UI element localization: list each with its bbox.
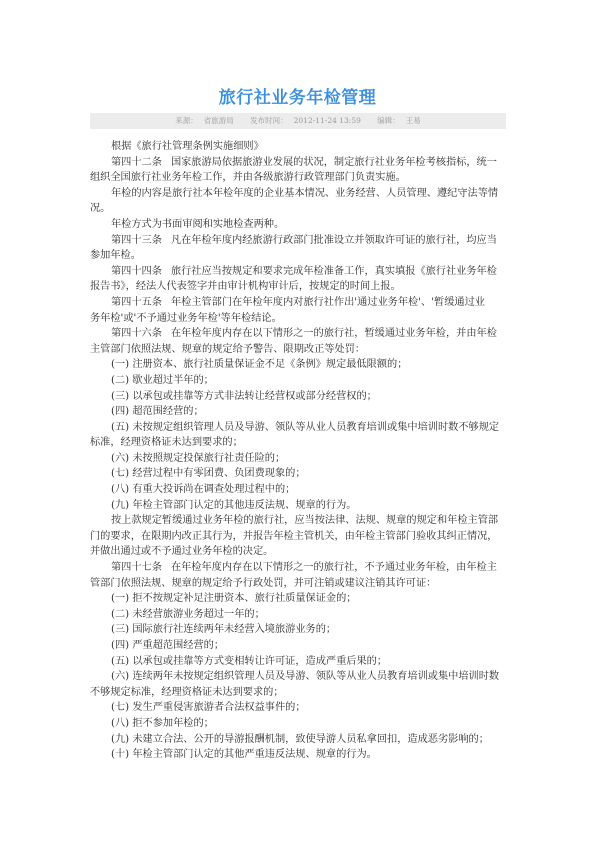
line-text: 并做出通过或不予通过业务年检的决定。: [90, 546, 273, 557]
line-text: (八) 有重大投诉尚在调查处理过程中的；: [111, 484, 295, 495]
line-text: (三) 以承包或挂靠等方式非法转让经营权或部分经营权的；: [111, 391, 377, 402]
line-text: (七) 发生严重侵害旅游者合法权益事件的；: [111, 702, 306, 713]
line-text: 主管部门依照法规、规章的规定给予警告、限期改正等处罚：: [90, 344, 365, 355]
text-line: (七) 发生严重侵害旅游者合法权益事件的；: [90, 700, 506, 716]
text-line: (八) 有重大投诉尚在调查处理过程中的；: [90, 482, 506, 498]
text-line: 门的要求，在限期内改正其行为，并报告年检主管机关，由年检主管部门验收其纠正情况，: [90, 529, 506, 545]
text-line: 按上款规定暂缓通过业务年检的旅行社，应当按法律、法规、规章的规定和年检主管部: [90, 513, 506, 529]
text-line: 务年检'或'不予通过业务年检'等年检结论。: [90, 311, 506, 327]
line-text: (四) 严重超范围经营的；: [111, 640, 224, 651]
article-number: 第四十七条: [111, 562, 162, 573]
meta-source-label: 来源：: [175, 116, 198, 125]
text-line: 第四十四条旅行社应当按规定和要求完成年检准备工作，真实填报《旅行社业务年检: [90, 264, 506, 280]
line-text: 旅行社应当按规定和要求完成年检准备工作，真实填报《旅行社业务年检: [171, 266, 497, 277]
meta-source-value: 省旅游局: [204, 116, 234, 125]
text-line: (七) 经营过程中有零团费、负团费现象的；: [90, 466, 506, 482]
line-text: 况。: [90, 203, 110, 214]
article-number: 第四十二条: [111, 157, 162, 168]
text-line: 参加年检。: [90, 248, 506, 264]
text-line: (四) 严重超范围经营的；: [90, 638, 506, 654]
line-text: 根据《旅行社管理条例实施细则》: [111, 141, 264, 152]
text-line: (五) 以承包或挂靠等方式变相转让许可证，造成严重后果的；: [90, 654, 506, 670]
line-text: (九) 未建立合法、公开的导游报酬机制，致使导游人员私拿回扣，造成恶劣影响的；: [111, 734, 489, 745]
text-line: 并做出通过或不予通过业务年检的决定。: [90, 544, 506, 560]
article-number: 第四十四条: [111, 266, 162, 277]
text-line: (八) 拒不参加年检的；: [90, 716, 506, 732]
text-line: (三) 以承包或挂靠等方式非法转让经营权或部分经营权的；: [90, 389, 506, 405]
text-line: (三) 国际旅行社连续两年未经营入境旅游业务的；: [90, 622, 506, 638]
line-text: (六) 未按照规定投保旅行社责任险的；: [111, 453, 285, 464]
text-line: 年检的内容是旅行社本年检年度的企业基本情况、业务经营、人员管理、遵纪守法等情: [90, 186, 506, 202]
line-text: (五) 未按规定组织管理人员及导游、领队等从业人员教育培训或集中培训时数不够规定: [111, 422, 499, 433]
text-line: 第四十七条在年检年度内存在以下情形之一的旅行社，不予通过业务年检，由年检主: [90, 560, 506, 576]
line-text: (十) 年检主管部门认定的其他严重违反法规、规章的行为。: [111, 749, 377, 760]
line-text: 不够规定标准，经理资格证未达到要求的；: [90, 687, 284, 698]
line-text: 组织全国旅行社业务年检工作，并由各级旅游行政管理部门负责实施。: [90, 172, 406, 183]
line-text: 在年检年度内存在以下情形之一的旅行社，不予通过业务年检，由年检主: [171, 562, 497, 573]
line-text: 国家旅游局依据旅游业发展的状况，制定旅行社业务年检考核指标，统一: [171, 157, 497, 168]
line-text: (四) 超范围经营的；: [111, 406, 204, 417]
line-text: (二) 未经营旅游业务超过一年的；: [111, 609, 265, 620]
text-line: 组织全国旅行社业务年检工作，并由各级旅游行政管理部门负责实施。: [90, 170, 506, 186]
text-line: 不够规定标准，经理资格证未达到要求的；: [90, 685, 506, 701]
line-text: 凡在年检年度内经旅游行政部门批准设立并领取许可证的旅行社，均应当: [171, 235, 497, 246]
line-text: (一) 注册资本、旅行社质量保证金不足《条例》规定最低限额的；: [111, 359, 407, 370]
article-number: 第四十五条: [111, 297, 162, 308]
meta-editor: 编辑：王易: [377, 113, 421, 129]
line-text: 在年检年度内存在以下情形之一的旅行社，暂缓通过业务年检，并由年检: [171, 328, 497, 339]
text-line: 第四十五条年检主管部门在年检年度内对旅行社作出'通过业务年检'、'暂缓通过业: [90, 295, 506, 311]
text-line: (一) 注册资本、旅行社质量保证金不足《条例》规定最低限额的；: [90, 357, 506, 373]
line-text: (六) 连续两年未按规定组织管理人员及导游、领队等从业人员教育培训或集中培训时数: [111, 671, 499, 682]
meta-published-value: 2012-11-24 13:59: [294, 116, 361, 125]
line-text: (七) 经营过程中有零团费、负团费现象的；: [111, 468, 306, 479]
text-line: 管部门依照法规、规章的规定给予行政处罚，并可注销或建议注销其许可证：: [90, 576, 506, 592]
article-number: 第四十六条: [111, 328, 162, 339]
text-line: (五) 未按规定组织管理人员及导游、领队等从业人员教育培训或集中培训时数不够规定: [90, 420, 506, 436]
meta-published: 发布时间：2012-11-24 13:59: [250, 113, 361, 129]
page-title: 旅行社业务年检管理: [0, 87, 595, 109]
meta-source: 来源：省旅游局: [175, 113, 234, 129]
line-text: 标准，经理资格证未达到要求的；: [90, 437, 243, 448]
text-line: 第四十六条在年检年度内存在以下情形之一的旅行社，暂缓通过业务年检，并由年检: [90, 326, 506, 342]
line-text: 参加年检。: [90, 250, 141, 261]
line-text: 年检的内容是旅行社本年检年度的企业基本情况、业务经营、人员管理、遵纪守法等情: [111, 188, 498, 199]
text-line: (一) 拒不按规定补足注册资本、旅行社质量保证金的；: [90, 591, 506, 607]
text-line: 第四十二条国家旅游局依据旅游业发展的状况，制定旅行社业务年检考核指标，统一: [90, 155, 506, 171]
text-line: (六) 未按照规定投保旅行社责任险的；: [90, 451, 506, 467]
text-line: 根据《旅行社管理条例实施细则》: [90, 139, 506, 155]
document-page: 旅行社业务年检管理 来源：省旅游局 发布时间：2012-11-24 13:59 …: [0, 0, 595, 842]
article-number: 第四十三条: [111, 235, 162, 246]
line-text: 管部门依照法规、规章的规定给予行政处罚，并可注销或建议注销其许可证：: [90, 578, 436, 589]
line-text: (三) 国际旅行社连续两年未经营入境旅游业务的；: [111, 624, 336, 635]
text-line: (十) 年检主管部门认定的其他严重违反法规、规章的行为。: [90, 747, 506, 763]
meta-editor-value: 王易: [406, 116, 421, 125]
text-line: (二) 未经营旅游业务超过一年的；: [90, 607, 506, 623]
article-meta-bar: 来源：省旅游局 发布时间：2012-11-24 13:59 编辑：王易: [90, 113, 506, 129]
text-line: (四) 超范围经营的；: [90, 404, 506, 420]
meta-editor-label: 编辑：: [377, 116, 400, 125]
line-text: 按上款规定暂缓通过业务年检的旅行社，应当按法律、法规、规章的规定和年检主管部: [111, 515, 498, 526]
line-text: 门的要求，在限期内改正其行为，并报告年检主管机关，由年检主管部门验收其纠正情况，: [90, 531, 498, 542]
text-line: 况。: [90, 201, 506, 217]
line-text: 报告书》，经法人代表签字并由审计机构审计后，按规定的时间上报。: [90, 281, 401, 292]
line-text: 务年检'或'不予通过业务年检'等年检结论。: [90, 313, 282, 324]
text-line: (六) 连续两年未按规定组织管理人员及导游、领队等从业人员教育培训或集中培训时数: [90, 669, 506, 685]
line-text: 年检主管部门在年检年度内对旅行社作出'通过业务年检'、'暂缓通过业: [171, 297, 485, 308]
article-body: 根据《旅行社管理条例实施细则》第四十二条国家旅游局依据旅游业发展的状况，制定旅行…: [90, 139, 506, 763]
text-line: 报告书》，经法人代表签字并由审计机构审计后，按规定的时间上报。: [90, 279, 506, 295]
text-line: (二) 歇业超过半年的；: [90, 373, 506, 389]
line-text: (一) 拒不按规定补足注册资本、旅行社质量保证金的；: [111, 593, 357, 604]
meta-published-label: 发布时间：: [250, 116, 288, 125]
line-text: 年检方式为书面审阅和实地检查两种。: [111, 219, 284, 230]
line-text: (二) 歇业超过半年的；: [111, 375, 214, 386]
line-text: (五) 以承包或挂靠等方式变相转让许可证，造成严重后果的；: [111, 656, 387, 667]
text-line: 第四十三条凡在年检年度内经旅游行政部门批准设立并领取许可证的旅行社，均应当: [90, 233, 506, 249]
text-line: (九) 年检主管部门认定的其他违反法规、规章的行为。: [90, 498, 506, 514]
text-line: (九) 未建立合法、公开的导游报酬机制，致使导游人员私拿回扣，造成恶劣影响的；: [90, 732, 506, 748]
text-line: 标准，经理资格证未达到要求的；: [90, 435, 506, 451]
line-text: (九) 年检主管部门认定的其他违反法规、规章的行为。: [111, 500, 357, 511]
line-text: (八) 拒不参加年检的；: [111, 718, 214, 729]
text-line: 年检方式为书面审阅和实地检查两种。: [90, 217, 506, 233]
text-line: 主管部门依照法规、规章的规定给予警告、限期改正等处罚：: [90, 342, 506, 358]
